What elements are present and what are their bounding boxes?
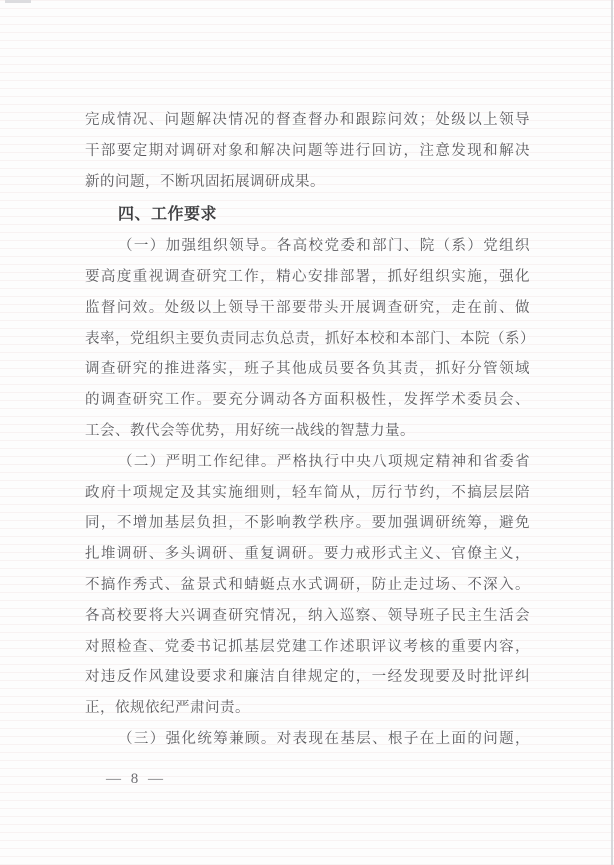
text-line: 工会、教代会等优势，用好统一战线的智慧力量。	[85, 416, 530, 447]
text-line: 监督问效。处级以上领导干部要带头开展调查研究，走在前、做	[85, 293, 530, 324]
text-line: （二）严明工作纪律。严格执行中央八项规定精神和省委省	[85, 447, 530, 478]
text-line: 不搞作秀式、盆景式和蜻蜓点水式调研，防止走过场、不深入。	[85, 570, 530, 601]
document-page: 完成情况、问题解决情况的督查督办和跟踪问效；处级以上领导干部要定期对调研对象和解…	[0, 0, 614, 865]
text-line: 同，不增加基层负担，不影响教学秩序。要加强调研统筹，避免	[85, 508, 530, 539]
text-line: 干部要定期对调研对象和解决问题等进行回访，注意发现和解决	[85, 136, 530, 167]
text-line: 政府十项规定及其实施细则，轻车简从，厉行节约，不搞层层陪	[85, 478, 530, 509]
text-line: 各高校要将大兴调查研究情况，纳入巡察、领导班子民主生活会	[85, 601, 530, 632]
text-line: （一）加强组织领导。各高校党委和部门、院（系）党组织	[85, 231, 530, 262]
text-line: 的调查研究工作。要充分调动各方面积极性，发挥学术委员会、	[85, 385, 530, 416]
page-number: — 8 —	[106, 771, 166, 788]
text-line: 要高度重视调查研究工作，精心安排部署，抓好组织实施，强化	[85, 262, 530, 293]
text-line: 对违反作风建设要求和廉洁自律规定的，一经发现要及时批评纠	[85, 662, 530, 693]
text-line: 正，依规依纪严肃问责。	[85, 693, 530, 724]
scan-edge-line	[611, 0, 613, 865]
text-line: 新的问题，不断巩固拓展调研成果。	[85, 167, 530, 198]
text-line: 表率，党组织主要负责同志负总责，抓好本校和本部门、本院（系）	[85, 324, 530, 355]
scan-artifact-mark	[5, 0, 31, 3]
text-line: 完成情况、问题解决情况的督查督办和跟踪问效；处级以上领导	[85, 105, 530, 136]
text-line: 对照检查、党委书记抓基层党建工作述职评议考核的重要内容，	[85, 632, 530, 663]
text-line: 调查研究的推进落实，班子其他成员要各负其责，抓好分管领域	[85, 354, 530, 385]
document-body: 完成情况、问题解决情况的督查督办和跟踪问效；处级以上领导干部要定期对调研对象和解…	[85, 105, 530, 755]
section-heading: 四、工作要求	[85, 200, 530, 231]
text-line: （三）强化统筹兼顾。对表现在基层、根子在上面的问题，	[85, 724, 530, 755]
text-line: 扎堆调研、多头调研、重复调研。要力戒形式主义、官僚主义，	[85, 539, 530, 570]
